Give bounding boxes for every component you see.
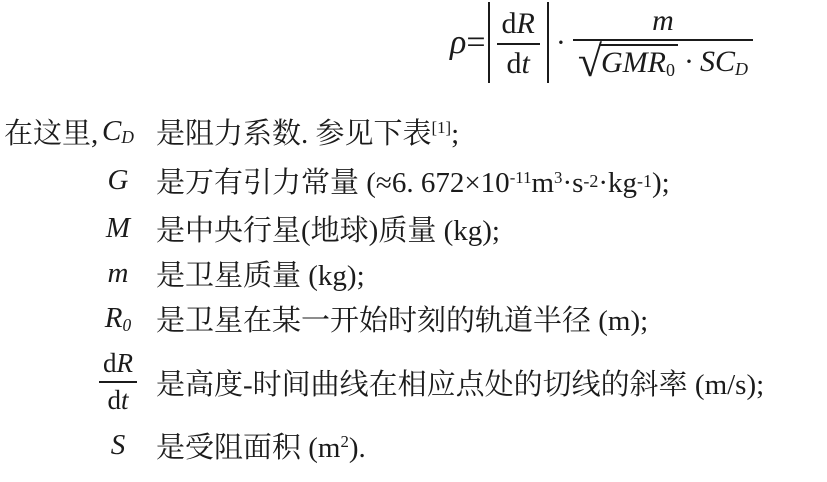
variable-definition-g: 是万有引力常量 (≈6. 672×10-11m3·s-2·kg-1); [156, 160, 670, 201]
derivative-denominator: dt [497, 45, 540, 80]
variable-definition-m-satellite: 是卫星质量 (kg); [156, 253, 365, 294]
variable-definition-s: 是受阻面积 (m2). [156, 425, 366, 466]
radius-variable: R [117, 348, 134, 378]
derivative-fraction: dR dt [497, 6, 540, 79]
drag-subscript: D [735, 59, 748, 79]
variable-definition-cd: 是阻力系数. 参见下表[1]; [156, 111, 459, 152]
variable-symbol-cd: CD [84, 115, 152, 148]
variable-symbol-m-planet: M [84, 212, 152, 245]
definition-row-m-planet: M 是中央行星(地球)质量 (kg); [0, 205, 827, 251]
definition-row-s: S 是受阻面积 (m2). [0, 422, 827, 468]
gmr-term: GMR [601, 46, 666, 79]
variable-symbol-m-satellite: m [84, 257, 152, 290]
variable-symbol-s: S [84, 429, 152, 462]
fraction-denominator: √ GMR0 · SCD [573, 41, 753, 83]
derivative-numerator: dR [497, 6, 540, 45]
mass-numerator: m [573, 3, 753, 42]
definition-row-cd: 在这里, CD 是阻力系数. 参见下表[1]; [0, 106, 827, 156]
variable-definition-drdt: 是高度-时间曲线在相应点处的切线的斜率 (m/s); [156, 362, 764, 403]
multiplication-dot: · [549, 27, 573, 59]
mass-fraction: m √ GMR0 · SCD [573, 3, 753, 83]
variable-symbol-r0: R0 [84, 302, 152, 335]
absolute-value-bars: dR dt [488, 2, 549, 83]
variable-definition-m-planet: 是中央行星(地球)质量 (kg); [156, 208, 500, 249]
definition-row-m-satellite: m 是卫星质量 (kg); [0, 251, 827, 295]
drdt-denominator: dt [99, 383, 137, 416]
time-variable: t [522, 47, 530, 80]
rho-symbol: ρ [450, 24, 466, 61]
zero-subscript: 0 [666, 60, 675, 80]
definition-row-drdt: dR dt 是高度-时间曲线在相应点处的切线的斜率 (m/s); [0, 342, 827, 422]
denominator-dot: · [678, 46, 700, 78]
variable-definition-r0: 是卫星在某一开始时刻的轨道半径 (m); [156, 298, 648, 339]
d-operator: d [107, 385, 121, 415]
mass-variable: m [652, 4, 674, 37]
drdt-fraction: dR dt [99, 348, 137, 416]
variable-symbol-drdt: dR dt [84, 348, 152, 416]
definition-row-r0: R0 是卫星在某一开始时刻的轨道半径 (m); [0, 295, 827, 342]
paper-page: ρ= dR dt · m √ GMR0 · SCD [0, 0, 827, 482]
radius-variable: R [517, 7, 535, 40]
definition-row-g: G 是万有引力常量 (≈6. 672×10-11m3·s-2·kg-1); [0, 156, 827, 205]
drdt-numerator: dR [99, 348, 137, 383]
drag-term: SCD [700, 46, 748, 78]
intro-label: 在这里, [0, 111, 84, 152]
denominator-row: √ GMR0 · SCD [578, 44, 748, 80]
d-operator: d [507, 47, 522, 80]
d-operator: d [103, 348, 117, 378]
time-variable: t [121, 385, 129, 415]
d-operator: d [502, 7, 517, 40]
density-formula: ρ= dR dt · m √ GMR0 · SCD [450, 2, 753, 83]
square-root: √ GMR0 [578, 44, 678, 80]
variable-symbol-g: G [84, 164, 152, 197]
sc-term: SC [700, 45, 735, 78]
formula-lhs: ρ= [450, 25, 486, 61]
variable-definitions: 在这里, CD 是阻力系数. 参见下表[1]; G 是万有引力常量 (≈6. 6… [0, 106, 827, 468]
equals-sign: = [466, 24, 485, 61]
radicand: GMR0 [599, 44, 678, 79]
